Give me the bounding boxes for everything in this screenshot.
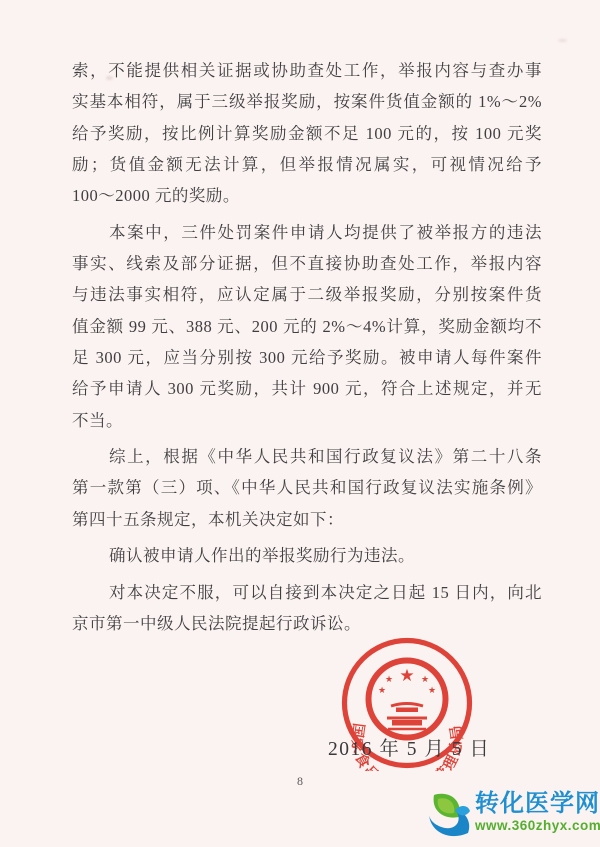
text-line: 给予奖励，按比例计算奖励金额不足 100 元的，按 100 元奖 [72, 118, 542, 149]
text-line: 第四十五条规定，本机关决定如下： [72, 504, 542, 535]
text-line: 不当。 [72, 405, 542, 436]
watermark-texts: 转化医学网 www.360zhyx.com [475, 791, 600, 833]
text-line: 励；货值金额无法计算，但举报情况属实，可视情况给予 [72, 149, 542, 180]
text-line: 本案中，三件处罚案件申请人均提供了被举报方的违法 [72, 217, 542, 248]
svg-text:★: ★ [399, 666, 414, 686]
text-line: 第一款第（三）项、《中华人民共和国行政复议法实施条例》 [72, 472, 542, 503]
text-line: 与违法事实相符，应认定属于二级举报奖励，分别按案件货 [72, 279, 542, 310]
national-emblem-icon: ★ ★ ★ ★ ★ [369, 661, 446, 738]
text-line: 对本决定不服，可以自接到本决定之日起 15 日内，向北 [72, 577, 542, 608]
svg-text:★: ★ [378, 686, 386, 696]
watermark-site-name: 转化医学网 [475, 791, 600, 817]
text-line: 实基本相符，属于三级举报奖励，按案件货值金额的 1%～2% [72, 86, 542, 117]
text-line: 索，不能提供相关证据或协助查处工作，举报内容与查办事 [72, 55, 542, 86]
text-line: 综上，根据《中华人民共和国行政复议法》第二十八条 [72, 441, 542, 472]
watermark-site-url: www.360zhyx.com [475, 818, 600, 833]
scan-speck [558, 39, 567, 42]
scanned-document-page: { "page": { "background_color": "#fbf3f1… [0, 0, 600, 847]
document-body: 索，不能提供相关证据或协助查处工作，举报内容与查办事 实基本相符，属于三级举报奖… [72, 55, 542, 639]
svg-text:★: ★ [428, 686, 436, 696]
svg-text:★: ★ [385, 675, 393, 685]
text-line: 事实、线索及部分证据，但不直接协助查处工作，举报内容 [72, 248, 542, 279]
watermark: 转化医学网 www.360zhyx.com [426, 791, 600, 843]
svg-text:★: ★ [421, 675, 429, 685]
text-line: 值金额 99 元、388 元、200 元的 2%～4%计算，奖励金额均不 [72, 311, 542, 342]
document-date: 2016 年 5 月 5 日 [328, 733, 490, 761]
text-line: 足 300 元，应当分别按 300 元给予奖励。被申请人每件案件 [72, 342, 542, 373]
text-line: 100～2000 元的奖励。 [72, 180, 542, 211]
decision-line: 确认被申请人作出的举报奖励行为违法。 [72, 540, 542, 571]
watermark-leaf-icon [426, 791, 472, 843]
text-line: 给予申请人 300 元奖励，共计 900 元，符合上述规定，并无 [72, 373, 542, 404]
page-number: 8 [0, 774, 600, 789]
